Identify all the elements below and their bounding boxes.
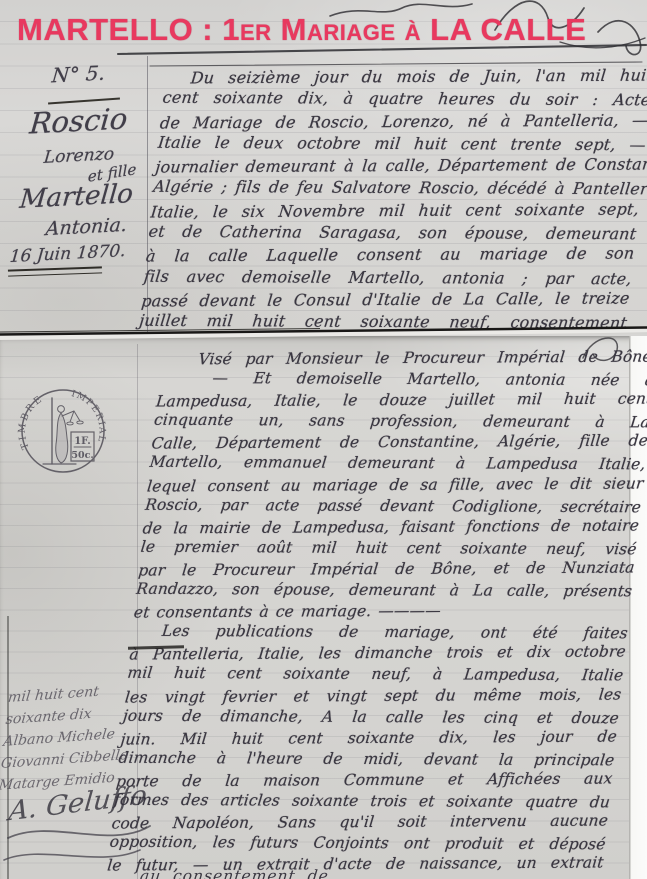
svg-text:TIMBRE: TIMBRE	[17, 393, 46, 451]
manuscript-line: lequel consent au mariage de sa fille, a…	[146, 473, 644, 497]
margin-bride-surname: Martello	[18, 179, 134, 215]
manuscript-line: Visé par Monsieur le Procureur Impérial …	[159, 346, 647, 370]
timbre-imperial-stamp-icon: TIMBRE IMPERIAL 1F. 50c.	[16, 384, 110, 478]
scan-section-bottom: TIMBRE IMPERIAL 1F. 50c. mil huit centso…	[0, 336, 647, 879]
margin-witness-signatures: mil huit centsoixante dixAlbano MicheleG…	[0, 677, 151, 796]
stamp-value-bottom: 50c.	[71, 450, 93, 461]
margin-act-number: N° 5.	[51, 61, 106, 88]
manuscript-line: formes des articles soixante trois et so…	[113, 790, 611, 814]
manuscript-line: juin. Mil huit cent soixante dix, les jo…	[119, 726, 617, 750]
manuscript-line: par le Procureur Impérial de Bône, et de…	[137, 557, 635, 581]
manuscript-line: Du seizième jour du mois de Juin, l'an m…	[164, 65, 647, 90]
manuscript-line: Roscio, par acte passé devant Codiglione…	[144, 494, 642, 518]
act-body-bottom: Visé par Monsieur le Procureur Impérial …	[106, 348, 647, 875]
manuscript-line: le premier août mil huit cent soixante n…	[140, 537, 638, 561]
manuscript-line: porte de la maison Commune et Affichées …	[115, 768, 613, 792]
stamp-left-text: TIMBRE	[17, 393, 46, 451]
margin-bride-firstname: Antonia.	[45, 214, 128, 240]
manuscript-line: Italie, le six Novembre mil huit cent so…	[150, 198, 641, 223]
manuscript-line: Martello, emmanuel demeurant à Lampedusa…	[148, 452, 646, 476]
clipped-last-line: au consentement de	[139, 867, 621, 879]
manuscript-line: Algérie ; fils de feu Salvatore Roscio, …	[152, 176, 642, 201]
manuscript-line: — Et demoiselle Martello, antonia née à	[157, 368, 647, 392]
page-title: MARTELLO : 1er Mariage à LA CALLE	[17, 12, 586, 48]
stamp-value-top: 1F.	[74, 436, 91, 447]
manuscript-line: dimanche à l'heure de midi, devant la pr…	[117, 747, 615, 771]
manuscript-line: jours de dimanche, A la calle les cinq e…	[122, 705, 620, 729]
margin-act-date: 16 Juin 1870.	[9, 241, 127, 267]
scanned-marriage-record: MARTELLO : 1er Mariage à LA CALLE N° 5. …	[0, 0, 647, 879]
manuscript-line: les vingt fevrier et vingt sept du même …	[124, 684, 622, 708]
manuscript-line: cent soixante dix, à quatre heures du so…	[161, 87, 647, 112]
margin-groom-surname: Roscio	[28, 101, 129, 140]
act-body-top: Du seizième jour du mois de Juin, l'an m…	[138, 66, 647, 334]
manuscript-line: à la calle Laquelle consent au mariage d…	[145, 243, 636, 268]
scan-section-top: MARTELLO : 1er Mariage à LA CALLE N° 5. …	[0, 0, 647, 334]
manuscript-line: de la mairie de Lampedusa, faisant fonct…	[142, 515, 640, 539]
manuscript-line: et de Catherina Saragasa, son épouse, de…	[147, 221, 637, 246]
signature-flourish-icon	[0, 816, 160, 876]
manuscript-line: passé devant le Consul d'Italie de La Ca…	[140, 287, 631, 312]
manuscript-line: Randazzo, son épouse, demeurant à La cal…	[135, 579, 633, 603]
margin-double-underline	[8, 266, 102, 276]
manuscript-line: code Napoléon, Sans qu'il soit intervenu…	[111, 811, 609, 835]
scan-seam	[0, 324, 647, 342]
manuscript-line: mil huit cent soixante neuf, à Lampedusa…	[126, 663, 624, 687]
manuscript-line: de Mariage de Roscio, Lorenzo, né à Pant…	[159, 109, 647, 134]
manuscript-line: fils avec demoiselle Martello, antonia ;…	[143, 265, 633, 290]
manuscript-line: Italie le deux octobre mil huit cent tre…	[157, 132, 647, 157]
